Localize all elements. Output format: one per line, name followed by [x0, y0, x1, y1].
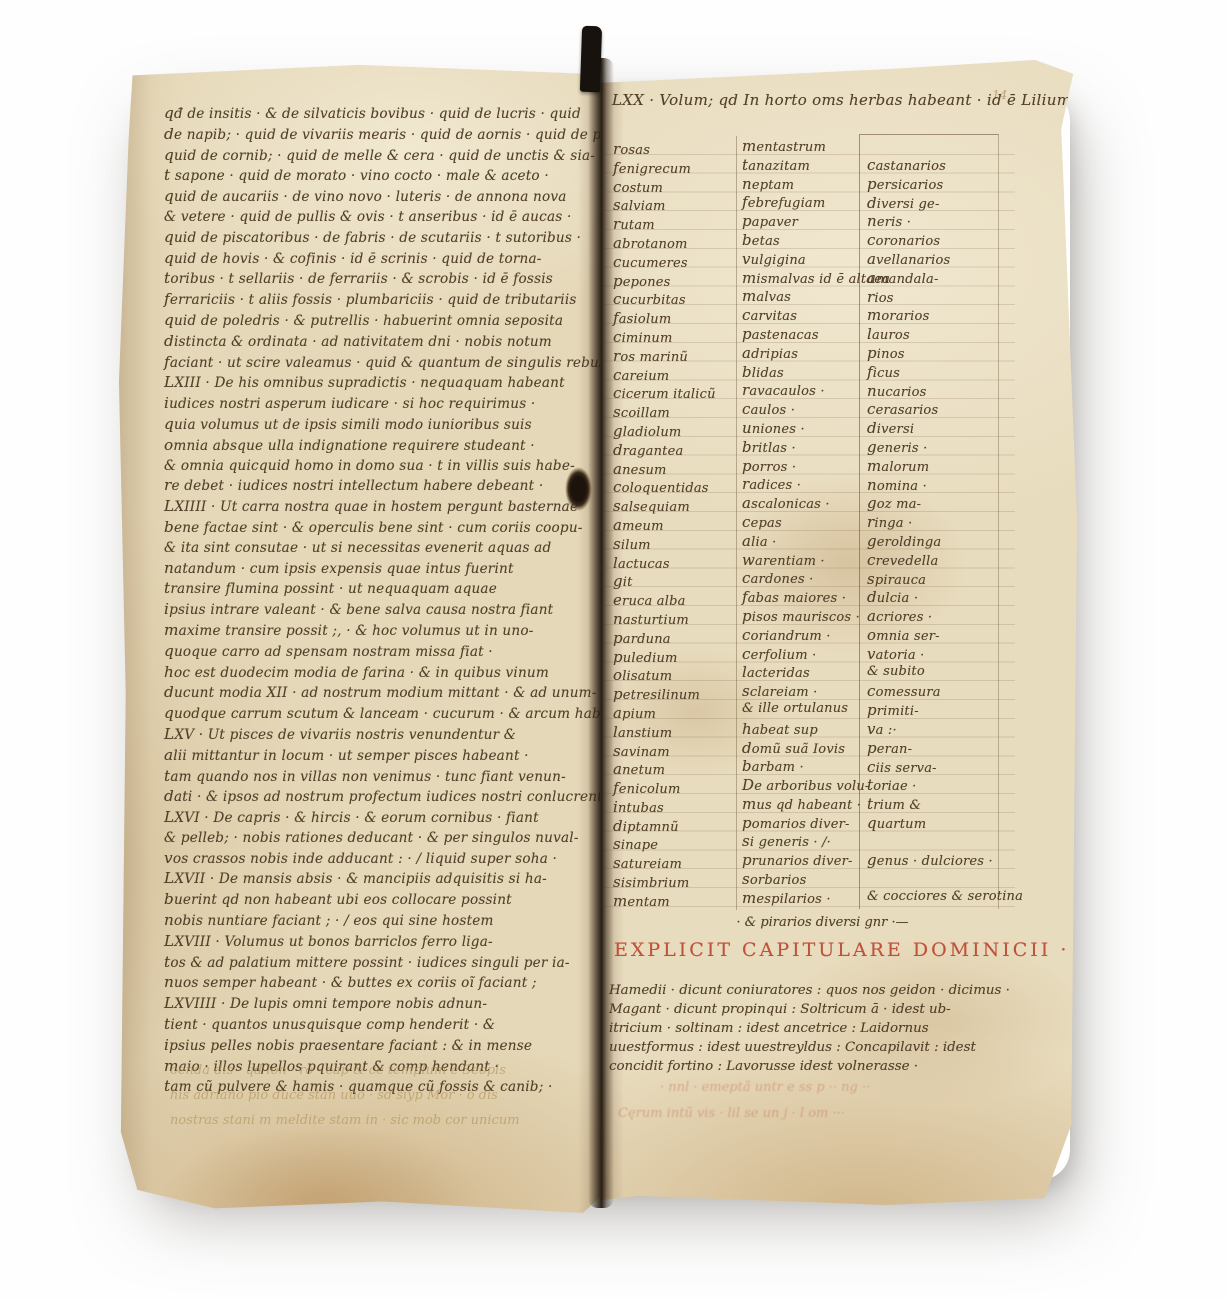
plant-name: ascalonicas ·: [742, 494, 860, 513]
plant-name: mentastrum: [742, 137, 860, 156]
tree-name: avellanarios: [867, 250, 993, 269]
plant-name: De arboribus volu-: [742, 776, 860, 795]
tree-name: [867, 870, 993, 889]
manuscript-line: nuos semper habeant · & buttes ex coriis…: [164, 973, 588, 994]
bookmark-ribbon: [580, 26, 602, 93]
plant-name: anesum: [613, 460, 733, 479]
manuscript-line: transire flumina possint · ut nequaquam …: [164, 579, 588, 600]
manuscript-line: quodque carrum scutum & lanceam · cucuru…: [164, 704, 588, 725]
tree-name: coronarios: [867, 231, 993, 250]
tree-name: goz ma-: [867, 494, 993, 513]
plant-name: sclareiam ·: [742, 682, 860, 701]
plant-name: alia ·: [742, 532, 860, 551]
manuscript-line: dati · & ipsos ad nostrum profectum iudi…: [164, 787, 588, 808]
plant-list-column-1: rosasfenigrecumcostumsalviamrutamabrotan…: [613, 140, 733, 911]
plant-name: tanazitam: [742, 156, 860, 175]
tree-name: genus · dulciores ·: [867, 851, 993, 870]
manuscript-line: LXVIII · Volumus ut bonos barriclos ferr…: [164, 932, 588, 953]
manuscript-line: de napib; · quid de vivariis mearis · qu…: [164, 125, 588, 146]
tree-name: ficus: [867, 363, 993, 382]
manuscript-line: t sapone · quid de morato · vino cocto ·…: [164, 166, 588, 187]
tree-name: primiti-: [867, 701, 993, 720]
tree-name: ciis serva-: [867, 758, 993, 777]
glossary-line: concidit fortino : Lavorusse idest volne…: [609, 1057, 1061, 1076]
faded-line: his adriano pio duce stan uuo · sd siyp …: [170, 1083, 570, 1108]
tree-name: lauros: [867, 325, 993, 344]
manuscript-line: nobis nuntiare faciant ; · / eos qui sin…: [164, 911, 588, 932]
tree-name: peran-: [867, 739, 993, 758]
manuscript-line: LXIIII · Ut carra nostra quae in hostem …: [164, 497, 588, 518]
manuscript-line: quia volumus ut de ipsis simili modo iun…: [164, 415, 588, 436]
plant-name: dragantea: [613, 441, 733, 460]
chapter-lxx-heading: LXX · Volum; qd In horto oms herbas habe…: [612, 91, 1064, 109]
left-page: qđ de insitis · & de silvaticis bovibus …: [118, 58, 602, 1213]
plant-name: fabas maiores ·: [742, 588, 860, 607]
plant-name: ameum: [613, 516, 733, 535]
tree-name: spirauca: [867, 570, 993, 589]
plant-name: fasiolum: [613, 309, 733, 328]
manuscript-line: ipsius pelles nobis praesentare faciant …: [164, 1036, 588, 1057]
plant-name: puledium: [613, 648, 733, 667]
plant-name: fenigrecum: [613, 159, 733, 178]
plant-name: betas: [742, 231, 860, 250]
manuscript-line: ipsius intrare valeant · & bene salva ca…: [164, 600, 588, 621]
plant-name: pastenacas: [742, 325, 860, 344]
manuscript-line: & ita sint consutae · ut si necessitas e…: [164, 539, 588, 559]
manuscript-line: LXVII · De mansis absis · & mancipiis ad…: [164, 869, 588, 890]
manuscript-line: qđ de insitis · & de silvaticis bovibus …: [164, 104, 588, 125]
plant-name: ros marinũ: [613, 347, 733, 366]
plant-name: mus qd habeant ·: [742, 795, 860, 814]
tree-name: quartum: [867, 814, 993, 833]
plant-name: rutam: [613, 215, 733, 234]
plant-name: mentam: [613, 892, 733, 911]
manuscript-line: LXV · Ut pisces de vivariis nostris venu…: [164, 725, 588, 746]
faded-line: oenda dis · qd lon · ro · cap & ce templ…: [170, 1058, 570, 1083]
tree-name: castanarios: [867, 156, 993, 175]
tree-name: [867, 833, 993, 852]
tree-name: neris ·: [867, 212, 993, 231]
manuscript-line: toribus · t sellariis · de ferrariis · &…: [164, 269, 588, 290]
manuscript-line: iudices nostri asperum iudicare · si hoc…: [164, 394, 588, 415]
plant-name: porros ·: [742, 457, 860, 476]
plant-name: barbam ·: [742, 757, 860, 776]
plant-name: savinam: [613, 742, 733, 761]
plant-name: neptam: [742, 175, 860, 194]
plant-name: abrotanom: [613, 234, 733, 253]
plant-name: silum: [613, 535, 733, 554]
right-page: 14 LXX · Volum; qd In horto oms herbas h…: [600, 60, 1078, 1205]
plant-name: carvitas: [742, 306, 860, 325]
book-gutter: [588, 58, 614, 1208]
tree-list-column-3: castanariospersicariosdiversi ge-neris ·…: [867, 156, 993, 908]
plant-name: ciminum: [613, 328, 733, 347]
manuscript-line: & omnia quicquid homo in domo sua · t in…: [164, 457, 588, 477]
plant-name: git: [613, 572, 733, 591]
plant-name: diptamnũ: [613, 817, 733, 836]
manuscript-line: quid de aucariis · de vino novo · luteri…: [164, 187, 588, 208]
left-page-faded-addition: oenda dis · qd lon · ro · cap & ce templ…: [170, 1058, 570, 1133]
tree-name: malorum: [867, 457, 993, 476]
manuscript-line: buerint qd non habeant ubi eos collocare…: [164, 890, 588, 911]
frankish-glossary: Hamedii · dicunt coniuratores : quos nos…: [609, 981, 1061, 1076]
tree-name: va :·: [867, 720, 993, 739]
plant-name: anetum: [613, 760, 733, 779]
manuscript-line: distincta & ordinata · ad nativitatem dn…: [164, 332, 588, 353]
plant-name: parduna: [613, 629, 733, 648]
plant-name: sisimbrium: [613, 873, 733, 892]
plant-name: sinape: [613, 835, 733, 854]
wormhole: [565, 467, 592, 511]
tree-name: geroldinga: [867, 532, 993, 551]
plant-name: mespilarios ·: [742, 889, 860, 908]
plant-name: cerfolium ·: [742, 645, 860, 664]
plant-name: petresilinum: [613, 685, 733, 704]
left-page-text-block: qđ de insitis · & de silvaticis bovibus …: [164, 104, 588, 1098]
tree-name: persicarios: [867, 175, 993, 194]
tree-name: toriae ·: [867, 776, 993, 795]
manuscript-line: omnia absque ulla indignatione requirere…: [164, 436, 588, 457]
plant-name: papaver: [742, 212, 860, 231]
tree-name: pinos: [867, 344, 993, 363]
manuscript-line: quid de piscatoribus · de fabris · de sc…: [164, 228, 588, 249]
plant-name: adripias: [742, 344, 860, 363]
tree-name: & cocciores & serotina: [867, 889, 993, 908]
tree-name: rios: [867, 288, 993, 307]
plant-name: costum: [613, 178, 733, 197]
plant-name: & ille ortulanus: [742, 701, 860, 720]
manuscript-line: tient · quantos unusquisque comp henderi…: [164, 1015, 588, 1036]
plant-list-column-2: mentastrumtanazitamneptamfebrefugiampapa…: [742, 137, 860, 908]
plant-name: mismalvas id ē altaea: [742, 269, 860, 288]
plant-name: vulgigina: [742, 250, 860, 269]
plant-name: si generis · /·: [742, 832, 860, 851]
manuscript-line: faciant · ut scire valeamus · quid & qua…: [164, 353, 588, 374]
tree-name: acriores ·: [867, 607, 993, 626]
plant-name: satureiam: [613, 854, 733, 873]
plant-name: uniones ·: [742, 419, 860, 438]
faded-line: nostras stani m meldite stam in · sic mo…: [170, 1108, 570, 1133]
tree-name: vatoria ·: [867, 645, 993, 664]
manuscript-line: bene factae sint · & operculis bene sint…: [164, 518, 588, 539]
manuscript-line: vos crassos nobis inde adducant : · / li…: [164, 849, 588, 870]
manuscript-line: hoc est duodecim modia de farina · & in …: [164, 663, 588, 684]
glossary-line: Hamedii · dicunt coniuratores : quos nos…: [609, 981, 1061, 1000]
plant-name: cucumeres: [613, 253, 733, 272]
manuscript-line: LXVIIII · De lupis omni tempore nobis ad…: [164, 994, 588, 1015]
plant-name: malvas: [742, 287, 860, 306]
plant-name: cepas: [742, 513, 860, 532]
tree-name: diversi: [867, 419, 993, 438]
tree-name: & subito: [867, 664, 993, 683]
faded-rubric-line-2: Cęrum intũ vis · lil se un j · l om ···: [618, 1106, 1048, 1121]
manuscript-line: maxime transire possit ;, · & hoc volumu…: [164, 621, 588, 642]
plant-name: nasturtium: [613, 610, 733, 629]
plant-name: lanstium: [613, 723, 733, 742]
plant-name: britlas ·: [742, 438, 860, 457]
plant-name: warentiam ·: [742, 551, 860, 570]
plant-name: cicerum italicũ: [613, 384, 733, 403]
tree-name: crevedella: [867, 551, 993, 570]
plant-name: cardones ·: [742, 569, 860, 588]
glossary-line: Magant · dicunt propinqui : Soltricum ā …: [609, 1000, 1061, 1019]
list-footer-line: · & pirarios diversi gnr ·—: [695, 915, 950, 930]
plant-name: coriandrum ·: [742, 626, 860, 645]
column-divider-line: [736, 136, 737, 910]
plant-name: scoillam: [613, 403, 733, 422]
manuscript-line: quid de poledris · & putrellis · habueri…: [164, 311, 588, 332]
plant-name: blidas: [742, 363, 860, 382]
tree-name: dulcia ·: [867, 588, 993, 607]
tree-name: diversi ge-: [867, 194, 993, 213]
plant-name: lactucas: [613, 554, 733, 573]
manuscript-line: quid de cornib; · quid de melle & cera ·…: [164, 146, 588, 167]
explicit-rubric: EXPLICIT CAPITULARE DOMINICII ·: [614, 939, 1059, 961]
tree-name: nomina ·: [867, 476, 993, 495]
glossary-line: itricium · soltinam : idest ancetrice : …: [609, 1019, 1061, 1038]
manuscript-line: re debet · iudices nostri intellectum ha…: [164, 476, 588, 497]
plant-name: apium: [613, 704, 733, 723]
tree-name: omnia ser-: [867, 626, 993, 645]
plant-name: gladiolum: [613, 422, 733, 441]
plant-name: domũ suã Iovis: [742, 739, 860, 758]
manuscript-line: tos & ad palatium mittere possint · iudi…: [164, 953, 588, 974]
plant-name: rosas: [613, 140, 733, 159]
manuscript-line: & vetere · quid de pullis & ovis · t ans…: [164, 208, 588, 228]
plant-name: olisatum: [613, 666, 733, 685]
manuscript-line: LXIII · De his omnibus supradictis · neq…: [164, 373, 588, 394]
plant-name: cucurbitas: [613, 290, 733, 309]
plant-name: pepones: [613, 272, 733, 291]
plant-name: salsequiam: [613, 497, 733, 516]
tree-name: nucarios: [867, 382, 993, 401]
tree-name: amandala-: [867, 269, 993, 288]
plant-name: febrefugiam: [742, 193, 860, 212]
plant-name: ravacaulos ·: [742, 381, 860, 400]
faded-rubric-line-1: · nnl · emeptã untr e ss p ·· ng ··: [660, 1080, 1090, 1095]
tree-name: generis ·: [867, 438, 993, 457]
plant-name: eruca alba: [613, 591, 733, 610]
manuscript-line: ducunt modia XII · ad nostrum modium mit…: [164, 683, 588, 704]
manuscript-line: alii mittantur in locum · ut semper pisc…: [164, 746, 588, 767]
plant-name: salviam: [613, 196, 733, 215]
glossary-line: uuestformus : idest uuestreyldus : Conca…: [609, 1038, 1061, 1057]
manuscript-line: natandum · cum ipsis expensis quae intus…: [164, 559, 588, 580]
manuscript-line: quid de hovis · & cofinis · id ē scrinis…: [164, 249, 588, 270]
tree-name: comessura: [867, 682, 993, 701]
plant-name: radices ·: [742, 475, 860, 494]
plant-name: intubas: [613, 798, 733, 817]
manuscript-photo: qđ de insitis · & de silvaticis bovibus …: [0, 0, 1226, 1300]
manuscript-line: quoque carro ad spensam nostram missa fi…: [164, 642, 588, 663]
tree-name: trium &: [867, 795, 993, 814]
manuscript-line: & pelleb; · nobis rationes deducant · & …: [164, 829, 588, 849]
plant-name: pomarios diver-: [742, 814, 860, 833]
plant-name: fenicolum: [613, 779, 733, 798]
tree-name: cerasarios: [867, 400, 993, 419]
manuscript-line: tam quando nos in villas non venimus · t…: [164, 767, 588, 788]
manuscript-line: LXVI · De capris · & hircis · & eorum co…: [164, 808, 588, 829]
plant-name: prunarios diver-: [742, 851, 860, 870]
plant-name: caulos ·: [742, 400, 860, 419]
plant-name: pisos mauriscos ·: [742, 607, 860, 626]
tree-name: morarios: [867, 306, 993, 325]
plant-name: habeat sup: [742, 720, 860, 739]
plant-name: careium: [613, 366, 733, 385]
tree-name: ringa ·: [867, 513, 993, 532]
plant-name: lacteridas: [742, 663, 860, 682]
manuscript-line: ferrariciis · t aliis fossis · plumbaric…: [164, 290, 588, 311]
plant-name: coloquentidas: [613, 478, 733, 497]
plant-name: sorbarios: [742, 870, 860, 889]
